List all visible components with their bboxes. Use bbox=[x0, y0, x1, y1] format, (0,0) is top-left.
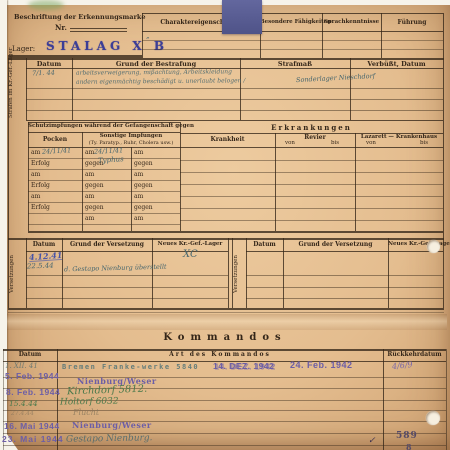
impf-cell-label: Erfolg bbox=[31, 161, 50, 167]
erkennungsmarke-label: Beschriftung der Erkennungsmarke bbox=[14, 14, 140, 21]
rule-line bbox=[3, 445, 446, 446]
impf-cell-label: am bbox=[85, 172, 94, 178]
rule-line bbox=[142, 49, 443, 50]
rule-line bbox=[28, 191, 180, 192]
impf-cell-label: gegen bbox=[85, 205, 104, 211]
rule-line bbox=[70, 31, 127, 32]
rule-line bbox=[28, 169, 180, 170]
rule-line bbox=[3, 377, 446, 378]
rule-line bbox=[180, 208, 443, 209]
col-besondere-faehigkeiten: Besondere Fähigkeiten bbox=[260, 20, 322, 26]
date-stamp: 24. Feb. 1942 bbox=[290, 361, 353, 370]
rule-line bbox=[152, 238, 153, 308]
rule-line bbox=[26, 99, 443, 100]
rule-line bbox=[180, 196, 443, 197]
kommandos-header-datum: Datum bbox=[3, 352, 57, 358]
kommando-row-return-date: 4/6/9 bbox=[392, 361, 413, 371]
hole-punch bbox=[427, 240, 440, 253]
rule-line bbox=[180, 220, 443, 221]
col-sprachkenntnisse: Sprachkenntnisse bbox=[322, 20, 381, 26]
lazarett-von-label: von bbox=[366, 141, 376, 147]
rule-line bbox=[82, 132, 83, 231]
versetzung-row2-date: 22.5.44 bbox=[27, 263, 54, 271]
pen-mark: „ bbox=[146, 33, 150, 40]
rule-line bbox=[26, 287, 228, 288]
kommando-row-date: 1. XII. 41 bbox=[5, 363, 38, 370]
rule-line bbox=[180, 184, 443, 185]
kommando-row-date: 16. Mai 1944 bbox=[4, 422, 60, 431]
impf-cell-label: gegen bbox=[134, 183, 153, 189]
rule-line bbox=[228, 238, 229, 308]
impf-pocken-date: 24/11/41 bbox=[42, 147, 72, 155]
rule-line bbox=[26, 110, 443, 111]
blue-tab bbox=[222, 0, 262, 34]
impf-cell-label: am bbox=[31, 172, 40, 178]
impfungen-title: Schutzimpfungen während der Gefangenscha… bbox=[28, 124, 180, 130]
versetzungen-left-header-grund: Grund der Versetzung bbox=[62, 242, 152, 248]
strafen-handwriting-1: arbeitsverweigerung, mißachtung, Arbeits… bbox=[76, 69, 232, 76]
rule-line bbox=[28, 224, 180, 225]
rule-line bbox=[388, 238, 389, 308]
kommandos-title: Kommandos bbox=[100, 333, 350, 343]
rule-line bbox=[246, 251, 443, 252]
impf-cell-label: am bbox=[31, 150, 40, 156]
hole-punch bbox=[426, 411, 440, 425]
rule-line bbox=[26, 275, 228, 276]
rule-line bbox=[28, 231, 443, 233]
strafen-header-datum: Datum bbox=[26, 61, 72, 68]
rule-line bbox=[8, 308, 444, 310]
rule-line bbox=[62, 238, 63, 308]
card-fold-band bbox=[7, 314, 447, 330]
pow-record-card: Beschriftung der Erkennungsmarke Nr. Lag… bbox=[0, 0, 450, 450]
kommando-row-detail: Bremen Franke-werke 5840 bbox=[62, 363, 199, 371]
kommando-row-detail: Holtorf 6032 bbox=[60, 397, 119, 407]
kommando-row-date: 23. Mai 1944 bbox=[2, 435, 64, 444]
impf-cell-label: am bbox=[134, 172, 143, 178]
rule-line bbox=[246, 287, 443, 288]
lazarett-bis-label: bis bbox=[420, 141, 428, 147]
versetzungen-left-header-lager: Neues Kr.-Gef.-Lager bbox=[152, 242, 228, 248]
strafen-header-verbuesst: Verbüßt, Datum bbox=[350, 61, 443, 68]
versetzung-row1-date: 4.12.41 bbox=[29, 251, 63, 262]
impfungen-header-sonstige: Sonstige Impfungen bbox=[82, 134, 180, 140]
kommando-row-return-number: 589 bbox=[396, 432, 418, 441]
impf-sonstige-date: 24/11/41 bbox=[94, 147, 124, 155]
versetzungen-right-header-datum: Datum bbox=[246, 242, 283, 248]
erkrankungen-header-krankheit: Krankheit bbox=[180, 137, 275, 143]
kommando-row-date: 15.4.44 bbox=[9, 400, 38, 408]
rule-line bbox=[283, 238, 284, 308]
strafen-strafmass-handwriting: Sonderlager Nieschdorf bbox=[296, 73, 375, 84]
rule-line bbox=[180, 160, 443, 161]
date-stamp: 14. DEZ. 1942 bbox=[213, 362, 274, 371]
rule-line bbox=[3, 410, 446, 411]
versetzungen-right-header-grund: Grund der Versetzung bbox=[283, 242, 388, 248]
revier-bis-label: bis bbox=[331, 141, 339, 147]
impfungen-header-sonstige-sub: (Ty. Paratyp., Ruhr, Cholera usw.) bbox=[82, 141, 180, 146]
pen-tick: ✓ bbox=[368, 437, 376, 446]
rule-line bbox=[26, 88, 443, 89]
strafen-header-grund: Grund der Bestrafung bbox=[72, 61, 240, 68]
kommandos-header-rueckkehr: Rückkehrdatum bbox=[383, 352, 446, 358]
impf-cell-label: am bbox=[134, 216, 143, 222]
kommando-row-detail: Kirchdorf 5812. bbox=[67, 385, 148, 398]
rule-line bbox=[26, 298, 228, 299]
stalag-stamp: STALAG X B bbox=[46, 40, 168, 52]
impf-cell-label: Erfolg bbox=[31, 205, 50, 211]
rule-line bbox=[246, 298, 443, 299]
versetzungen-right-side-label: Versetzungen bbox=[234, 244, 240, 304]
impf-cell-label: am bbox=[85, 216, 94, 222]
lager-label: Lager: bbox=[12, 46, 35, 53]
kommandos-header-art: Art des Kommandos bbox=[57, 352, 383, 358]
rule-line bbox=[131, 147, 132, 231]
rule-line bbox=[26, 238, 27, 308]
rule-line bbox=[3, 421, 446, 422]
rule-line bbox=[28, 202, 180, 203]
rule-line bbox=[142, 40, 443, 41]
col-fuehrung: Führung bbox=[381, 20, 443, 26]
impfungen-header-pocken: Pocken bbox=[28, 137, 82, 143]
impf-cell-label: Erfolg bbox=[31, 183, 50, 189]
strafen-side-label: Strafen im Kr.-Gef.-Lager bbox=[9, 62, 15, 118]
kommando-row-detail: Gestapo Nienburg. bbox=[66, 434, 153, 445]
versetzungen-left-header-datum: Datum bbox=[26, 242, 62, 248]
rule-line bbox=[28, 180, 180, 181]
nr-label: Nr. bbox=[55, 24, 67, 31]
rule-line bbox=[142, 31, 443, 32]
kommando-row-detail: Flucht bbox=[73, 409, 99, 417]
rule-line bbox=[180, 172, 443, 173]
kommando-row-date: 8. Feb. 1944 bbox=[6, 388, 60, 397]
kommando-row-return-number-2: 8 bbox=[406, 443, 412, 450]
erkrankungen-title: Erkrankungen bbox=[180, 124, 443, 131]
kommando-row-date: 5. Feb. 1944 bbox=[5, 372, 59, 381]
rule-line bbox=[28, 213, 180, 214]
strafen-handwriting-2: andern eigenmächtig beschädigt u. unerla… bbox=[76, 78, 245, 85]
rule-line bbox=[246, 238, 247, 308]
impf-cell-label: am bbox=[134, 194, 143, 200]
impf-cell-label: gegen bbox=[134, 161, 153, 167]
rule-line bbox=[446, 349, 447, 450]
rule-line bbox=[142, 13, 443, 14]
rule-line bbox=[383, 349, 384, 450]
strafen-header-strafmass: Strafmaß bbox=[240, 61, 350, 68]
rule-line bbox=[26, 120, 443, 121]
impf-cell-label: am bbox=[134, 150, 143, 156]
kommando-row-date: 27.4.44 bbox=[11, 411, 34, 417]
revier-von-label: von bbox=[285, 141, 295, 147]
rule-line bbox=[180, 147, 443, 148]
impf-cell-label: gegen bbox=[85, 183, 104, 189]
rule-line bbox=[70, 28, 127, 29]
impf-cell-label: am bbox=[85, 194, 94, 200]
rule-line bbox=[8, 238, 444, 240]
rule-line bbox=[275, 133, 276, 231]
impf-cell-label: am bbox=[85, 150, 94, 156]
kommando-row-detail: Nienburg/Weser bbox=[72, 421, 152, 429]
card-fold-line bbox=[8, 312, 444, 313]
rule-line bbox=[355, 133, 356, 231]
impf-cell-label: gegen bbox=[134, 205, 153, 211]
impf-sonstige-gegen-value: Typhus bbox=[98, 156, 124, 165]
versetzungen-left-side-label: Versetzungen bbox=[10, 244, 16, 304]
strafen-row-date: 7/1. 44 bbox=[32, 70, 55, 77]
impf-cell-label: am bbox=[31, 194, 40, 200]
green-stain bbox=[28, 0, 64, 10]
rule-line bbox=[246, 275, 443, 276]
versetzung-row1-new-camp: XC bbox=[183, 250, 198, 260]
